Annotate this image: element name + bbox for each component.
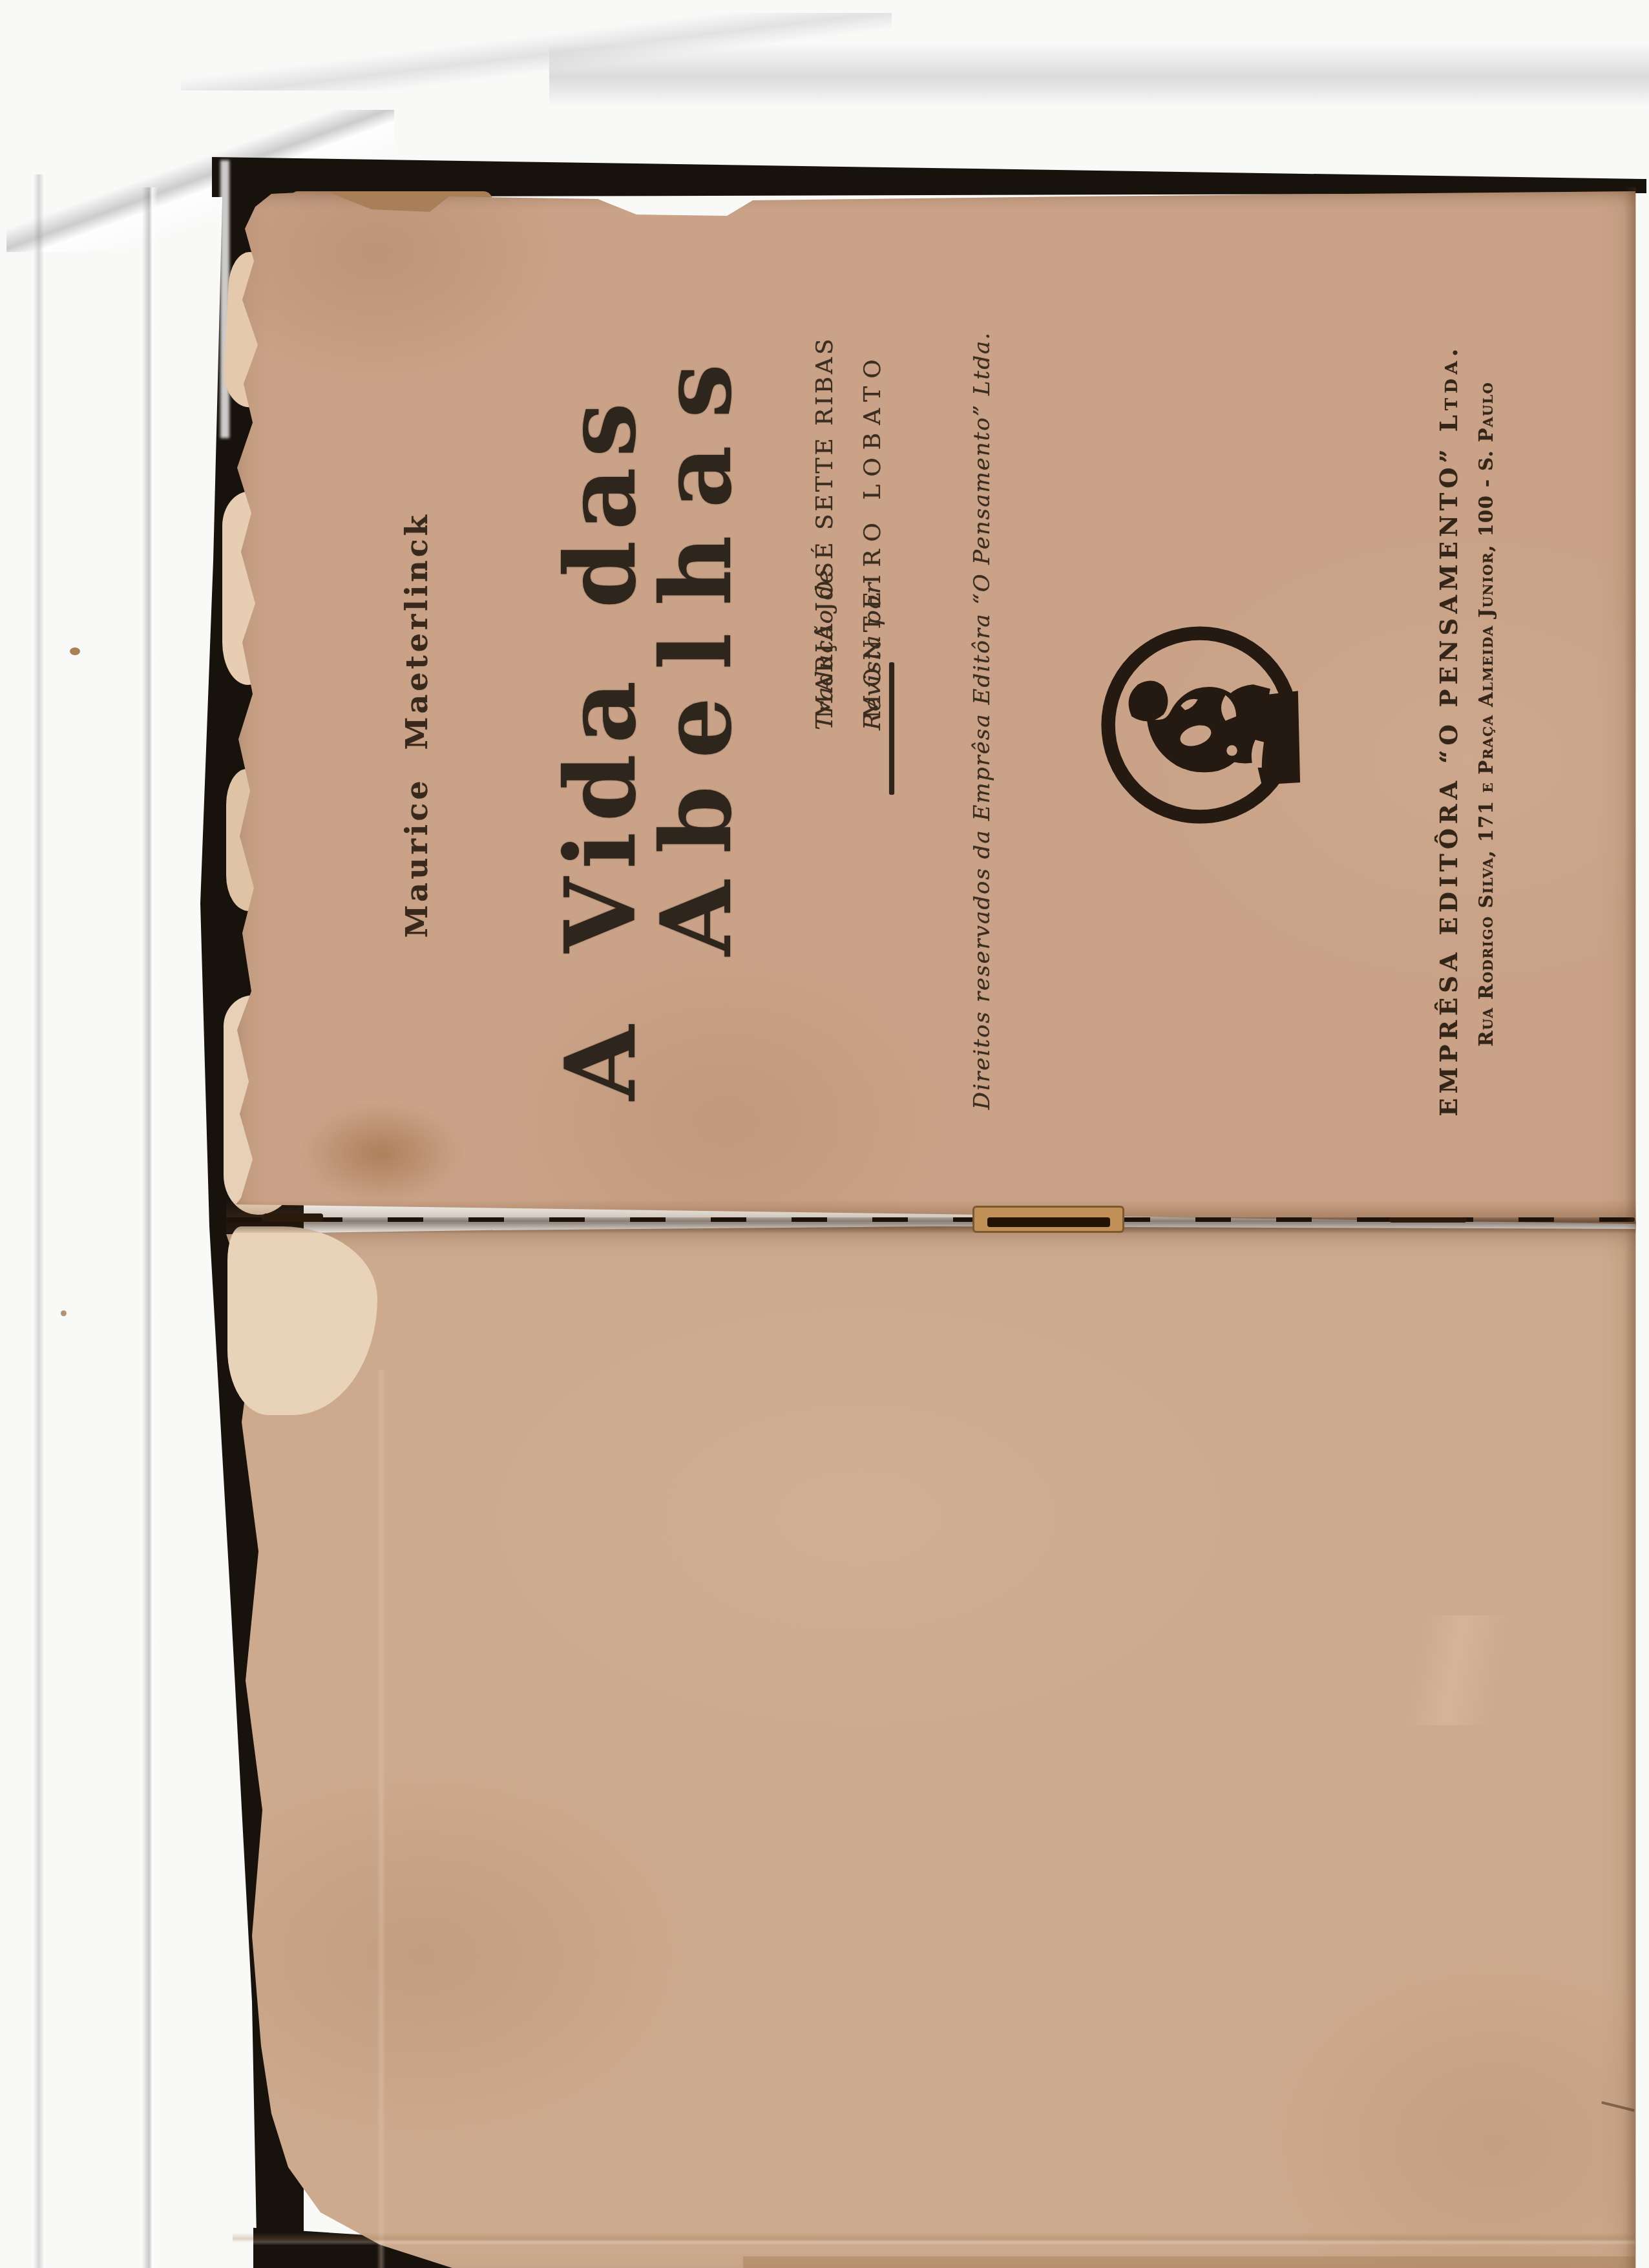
- publisher-name: EMPRÊSA EDITÔRA “O PENSAMENTO” Ltda.: [1434, 344, 1463, 1116]
- gutter-binding-mark: [264, 1213, 323, 1222]
- book-title-line2: Abelhas: [640, 337, 753, 956]
- sheet-edge-line: [142, 187, 158, 2268]
- page-crease: [233, 2232, 1635, 2245]
- publisher-logo: [1093, 618, 1307, 832]
- page-crease: [377, 1370, 386, 2268]
- revisor-name: MONTEIRO LOBATO: [859, 352, 886, 719]
- page-crease: [1260, 1615, 1648, 1725]
- publisher-address: Rua Rodrigo Silva, 171 e Praça Almeida J…: [1475, 381, 1497, 1046]
- gutter-binding-slot: [987, 1217, 1110, 1227]
- seated-thinker-icon: [1093, 618, 1307, 832]
- sheet-edge-line: [34, 174, 44, 2268]
- facing-page: [225, 1225, 1635, 2268]
- paper-speck: [70, 647, 80, 655]
- page-edge-strip: [743, 2256, 1635, 2268]
- author-name: Maurice Maeterlinck: [399, 512, 434, 938]
- separator-rule: [889, 662, 894, 795]
- paper-crease: [549, 19, 1649, 129]
- page-right-edge-shadow: [1624, 187, 1636, 2268]
- rights-notice: Direitos reservados da Emprêsa Editôra “…: [969, 331, 995, 1109]
- title-page: [236, 190, 1635, 1224]
- scanned-book-title-page: Maurice Maeterlinck A Vida das Abelhas T…: [0, 0, 1649, 2268]
- paper-speck: [61, 1310, 67, 1316]
- translator-name: MARIA JOSÉ SETTE RIBAS: [812, 336, 838, 719]
- gutter-binding-mark: [1389, 1217, 1467, 1223]
- gutter-shadow: [226, 1199, 1636, 1233]
- paper-crease: [181, 13, 892, 90]
